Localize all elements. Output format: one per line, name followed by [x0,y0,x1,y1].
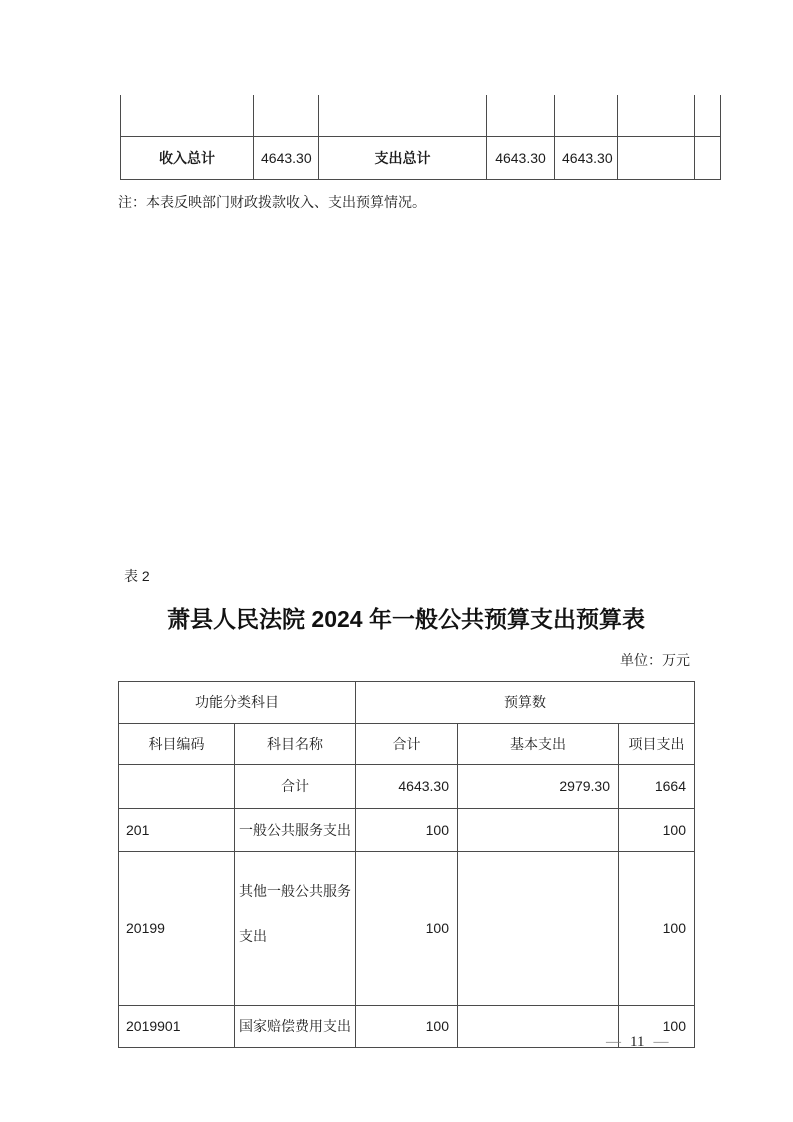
fiscal-totals-table: 收入总计 4643.30 支出总计 4643.30 4643.30 [120,95,721,180]
unit-label: 单位：万元 [118,650,690,670]
budget-expenditure-table: 功能分类科目 预算数 科目编码 科目名称 合计 基本支出 项目支出 合计 464… [118,681,695,1048]
cell-name: 国家赔偿费用支出 [235,1006,356,1048]
expenditure-total-value-1: 4643.30 [487,137,555,180]
empty-cell [695,95,721,137]
empty-cell [254,95,319,137]
empty-cell [618,137,695,180]
cell-project: 1664 [619,765,695,809]
empty-cell [121,95,254,137]
cell-total: 100 [356,852,458,1006]
revenue-total-value: 4643.30 [254,137,319,180]
cell-code: 20199 [119,852,235,1006]
cell-basic [458,1006,619,1048]
column-header-project: 项目支出 [619,724,695,765]
cell-basic [458,809,619,852]
footer-page-number: 11 [630,1034,644,1050]
cell-project: 100 [619,809,695,852]
column-header-total: 合计 [356,724,458,765]
expenditure-total-value-2: 4643.30 [555,137,618,180]
cell-name: 合计 [235,765,356,809]
page-number: —11— [597,1034,677,1051]
cell-code [119,765,235,809]
empty-cell [487,95,555,137]
column-header-code: 科目编码 [119,724,235,765]
cell-name: 一般公共服务支出 [235,809,356,852]
empty-cell [319,95,487,137]
table-row-cutoff [121,95,721,137]
cell-name: 其他一般公共服务支出 [235,852,356,1006]
table-row-group-header: 功能分类科目 预算数 [119,682,695,724]
page-title: 萧县人民法院 2024 年一般公共预算支出预算表 [118,601,694,634]
cell-total: 4643.30 [356,765,458,809]
cell-total: 100 [356,1006,458,1048]
footer-dash-left: — [597,1034,630,1050]
table2-label: 表 2 [124,566,150,586]
cell-basic: 2979.30 [458,765,619,809]
table-row-grand-total: 合计 4643.30 2979.30 1664 [119,765,695,809]
expenditure-total-label: 支出总计 [319,137,487,180]
header-budget-amount: 预算数 [356,682,695,724]
table-row: 20199 其他一般公共服务支出 100 100 [119,852,695,1006]
cell-code: 2019901 [119,1006,235,1048]
table-row-column-header: 科目编码 科目名称 合计 基本支出 项目支出 [119,724,695,765]
empty-cell [555,95,618,137]
table-row: 201 一般公共服务支出 100 100 [119,809,695,852]
cell-code: 201 [119,809,235,852]
column-header-name: 科目名称 [235,724,356,765]
cell-project: 100 [619,852,695,1006]
empty-cell [618,95,695,137]
column-header-basic: 基本支出 [458,724,619,765]
cell-total: 100 [356,809,458,852]
table-row-totals: 收入总计 4643.30 支出总计 4643.30 4643.30 [121,137,721,180]
table-note: 注：本表反映部门财政拨款收入、支出预算情况。 [118,192,426,212]
cell-basic [458,852,619,1006]
revenue-total-label: 收入总计 [121,137,254,180]
header-function-category: 功能分类科目 [119,682,356,724]
footer-dash-right: — [644,1034,677,1050]
empty-cell [695,137,721,180]
